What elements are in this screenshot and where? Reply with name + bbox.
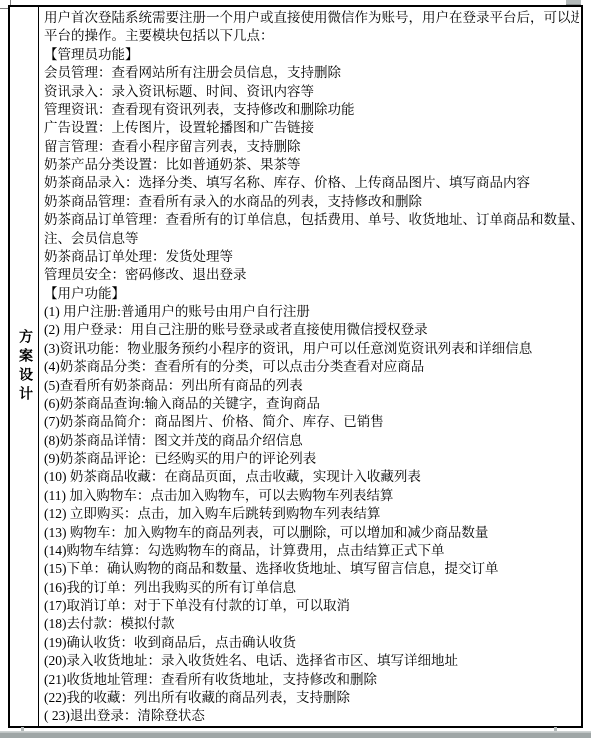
text-line: (12) 立即购买：点击，加入购车后跳转到购物车列表结算 — [44, 505, 579, 523]
text-line: (7)奶茶商品简介：商品图片、价格、简介、库存、已销售 — [44, 413, 579, 431]
text-line: (18)去付款：模拟付款 — [44, 615, 579, 633]
word-document-page: 方案设计 用户首次登陆系统需要注册一个用户或直接使用微信作为账号，用户在登录平台… — [0, 0, 591, 738]
text-line: 注、会员信息等 — [44, 230, 579, 248]
text-line: 管理资讯：查看现有资讯列表，支持修改和删除功能 — [44, 101, 579, 119]
text-line: 会员管理：查看网站所有注册会员信息，支持删除 — [44, 64, 579, 82]
row-header-cell: 方案设计 — [10, 7, 39, 726]
text-line: 奶茶产品分类设置：比如普通奶茶、果茶等 — [44, 156, 579, 174]
text-line: 资讯录入：录入资讯标题、时间、资讯内容等 — [44, 83, 579, 101]
text-line: 奶茶商品录入：选择分类、填写名称、库存、价格、上传商品图片、填写商品内容 — [44, 174, 579, 192]
text-line: (4)奶茶商品分类：查看所有的分类，可以点击分类查看对应商品 — [44, 358, 579, 376]
text-line: 【管理员功能】 — [44, 46, 579, 64]
text-line: (2) 用户登录：用自己注册的账号登录或者直接使用微信授权登录 — [44, 321, 579, 339]
text-line: (11) 加入购物车：点击加入购物车，可以去购物车列表结算 — [44, 487, 579, 505]
text-line: 平台的操作。主要模块包括以下几点： — [44, 27, 579, 45]
horizontal-scrollbar[interactable] — [0, 731, 591, 738]
text-line: (8)奶茶商品详情：图文并茂的商品介绍信息 — [44, 432, 579, 450]
text-line: 管理员安全：密码修改、退出登录 — [44, 266, 579, 284]
text-line: (16)我的订单：列出我购买的所有订单信息 — [44, 579, 579, 597]
row-header-label: 方案设计 — [14, 329, 34, 405]
text-line: (19)确认收货：收到商品后，点击确认收货 — [44, 634, 579, 652]
text-line: (1) 用户注册:普通用户的账号由用户自行注册 — [44, 303, 579, 321]
content-cell: 用户首次登陆系统需要注册一个用户或直接使用微信作为账号，用户在登录平台后，可以进… — [39, 7, 581, 726]
text-line: (9)奶茶商品评论：已经购买的用户的评论列表 — [44, 450, 579, 468]
text-line: 奶茶商品订单管理：查看所有的订单信息，包括费用、单号、收货地址、订单商品和数量、… — [44, 211, 579, 229]
text-line: (22)我的收藏：列出所有收藏的商品列表，支持删除 — [44, 689, 579, 707]
text-line: (17)取消订单：对于下单没有付款的订单，可以取消 — [44, 597, 579, 615]
text-line: (21)收货地址管理：查看所有收货地址，支持修改和删除 — [44, 671, 579, 689]
text-line: 奶茶商品订单处理：发货处理等 — [44, 248, 579, 266]
text-line: 【用户功能】 — [44, 285, 579, 303]
text-line: 广告设置：上传图片，设置轮播图和广告链接 — [44, 119, 579, 137]
text-line: 用户首次登陆系统需要注册一个用户或直接使用微信作为账号，用户在登录平台后，可以进… — [44, 9, 579, 27]
text-line: (6)奶茶商品查询:输入商品的关键字，查询商品 — [44, 395, 579, 413]
text-line: ( 23)退出登录：清除登状态 — [44, 707, 579, 725]
text-line: 奶茶商品管理：查看所有录入的水商品的列表，支持修改和删除 — [44, 193, 579, 211]
text-line: (5)查看所有奶茶商品：列出所有商品的列表 — [44, 377, 579, 395]
design-scheme-table: 方案设计 用户首次登陆系统需要注册一个用户或直接使用微信作为账号，用户在登录平台… — [8, 5, 583, 728]
text-line: (13) 购物车：加入购物车的商品列表，可以删除，可以增加和减少商品数量 — [44, 524, 579, 542]
text-line: (10) 奶茶商品收藏：在商品页面，点击收藏，实现计入收藏列表 — [44, 468, 579, 486]
content-lines: 用户首次登陆系统需要注册一个用户或直接使用微信作为账号，用户在登录平台后，可以进… — [44, 9, 579, 726]
text-line: (15)下单：确认购物的商品和数量、选择收货地址、填写留言信息，提交订单 — [44, 560, 579, 578]
text-line: (14)购物车结算：勾选购物车的商品，计算费用，点击结算正式下单 — [44, 542, 579, 560]
text-line: (3)资讯功能：物业服务预约小程序的资讯，用户可以任意浏览资讯列表和详细信息 — [44, 340, 579, 358]
text-line: (20)录入收货地址：录入收货姓名、电话、选择省市区、填写详细地址 — [44, 652, 579, 670]
text-line: 留言管理：查看小程序留言列表，支持删除 — [44, 138, 579, 156]
